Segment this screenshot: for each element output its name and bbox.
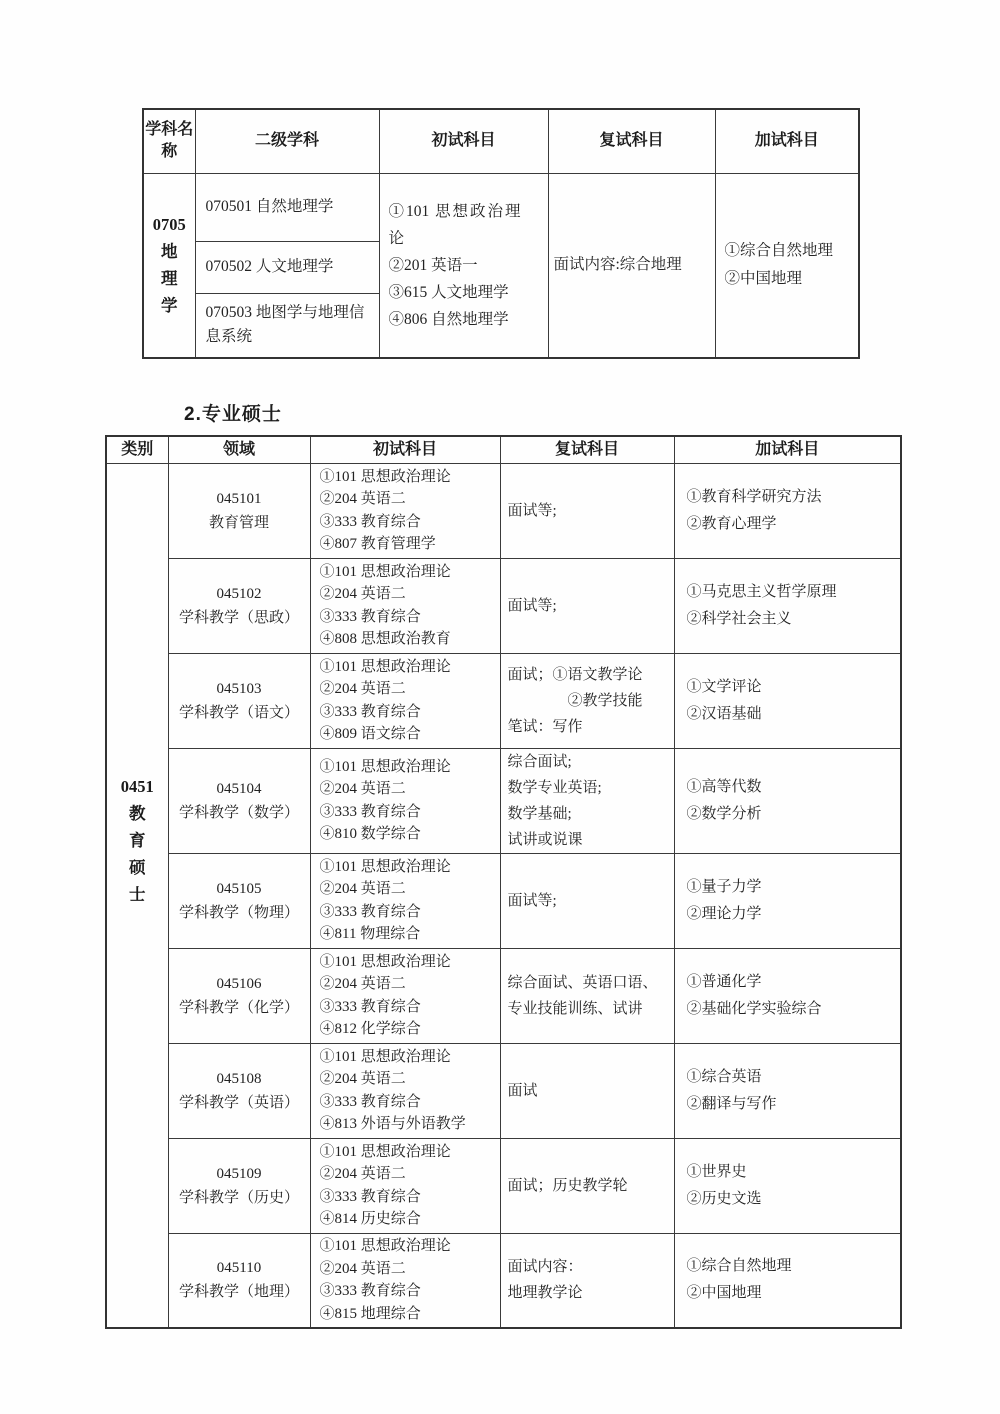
header-subject-name: 学科名称 [143, 109, 195, 173]
retest-cell: 面试等; [500, 558, 674, 653]
field-cell: 045104学科教学（数学） [168, 748, 310, 853]
header-additional-exams: 加试科目 [674, 436, 901, 463]
category-0705-cell: 0705地理学 [143, 173, 195, 358]
additional-exams-cell: ①综合自然地理②中国地理 [715, 173, 859, 358]
table2-row-045110: 045110学科教学（地理） ①101 思想政治理论②204 英语二③333 教… [106, 1233, 901, 1328]
initial-exams-cell: ①101 思想政治理论②204 英语二③333 教育综合④811 物理综合 [310, 853, 500, 948]
additional-exams-cell: ①量子力学②理论力学 [674, 853, 901, 948]
field-cell: 045110学科教学（地理） [168, 1233, 310, 1328]
initial-exams-cell: ①101 思想政治理论②204 英语二③333 教育综合④809 语文综合 [310, 653, 500, 748]
header-initial-exams: 初试科目 [379, 109, 548, 173]
table2-row-045105: 045105学科教学（物理） ①101 思想政治理论②204 英语二③333 教… [106, 853, 901, 948]
retest-cell: 面试等; [500, 463, 674, 558]
field-cell: 045106学科教学（化学） [168, 948, 310, 1043]
initial-exams-cell: ①101 思想政治理论②204 英语二③333 教育综合④812 化学综合 [310, 948, 500, 1043]
sub-discipline-cell: 070503 地图学与地理信息系统 [195, 293, 379, 358]
sub-discipline-cell: 070501 自然地理学 [195, 173, 379, 241]
field-cell: 045103学科教学（语文） [168, 653, 310, 748]
retest-cell: 综合面试、英语口语、 专业技能训练、试讲 [500, 948, 674, 1043]
initial-exams-cell: ①101 思想政治理论②204 英语二③333 教育综合④808 思想政治教育 [310, 558, 500, 653]
header-retest-exams: 复试科目 [500, 436, 674, 463]
initial-exams-cell: ①101 思想政治理论②201 英语一③615 人文地理学④806 自然地理学 [379, 173, 548, 358]
field-cell: 045102学科教学（思政） [168, 558, 310, 653]
document-page: 学科名称 二级学科 初试科目 复试科目 加试科目 0705地理学 070501 … [0, 0, 1000, 1414]
table2-row-045103: 045103学科教学（语文） ①101 思想政治理论②204 英语二③333 教… [106, 653, 901, 748]
field-cell: 045108学科教学（英语） [168, 1043, 310, 1138]
additional-exams-cell: ①普通化学②基础化学实验综合 [674, 948, 901, 1043]
additional-exams-cell: ①高等代数②数学分析 [674, 748, 901, 853]
additional-exams-cell: ①世界史②历史文选 [674, 1138, 901, 1233]
retest-cell: 综合面试; 数学专业英语; 数学基础; 试讲或说课 [500, 748, 674, 853]
professional-master-table: 类别 领域 初试科目 复试科目 加试科目 0451教育硕士 045101教育管理… [105, 435, 902, 1329]
header-field: 领域 [168, 436, 310, 463]
retest-cell: 面试等; [500, 853, 674, 948]
additional-exams-cell: ①教育科学研究方法②教育心理学 [674, 463, 901, 558]
table1-row-070501: 0705地理学 070501 自然地理学 ①101 思想政治理论②201 英语一… [143, 173, 859, 241]
table2-header-row: 类别 领域 初试科目 复试科目 加试科目 [106, 436, 901, 463]
field-cell: 045101教育管理 [168, 463, 310, 558]
academic-master-table: 学科名称 二级学科 初试科目 复试科目 加试科目 0705地理学 070501 … [142, 108, 860, 359]
initial-exams-cell: ①101 思想政治理论②204 英语二③333 教育综合④813 外语与外语教学 [310, 1043, 500, 1138]
field-cell: 045109学科教学（历史） [168, 1138, 310, 1233]
initial-exams-cell: ①101 思想政治理论②204 英语二③333 教育综合④814 历史综合 [310, 1138, 500, 1233]
header-additional-exams: 加试科目 [715, 109, 859, 173]
table2-row-045106: 045106学科教学（化学） ①101 思想政治理论②204 英语二③333 教… [106, 948, 901, 1043]
table2-row-045101: 0451教育硕士 045101教育管理 ①101 思想政治理论②204 英语二③… [106, 463, 901, 558]
table2-row-045102: 045102学科教学（思政） ①101 思想政治理论②204 英语二③333 教… [106, 558, 901, 653]
header-retest-exams: 复试科目 [548, 109, 715, 173]
retest-cell: 面试内容:综合地理 [548, 173, 715, 358]
category-0451-cell: 0451教育硕士 [106, 463, 168, 1328]
field-cell: 045105学科教学（物理） [168, 853, 310, 948]
header-category: 类别 [106, 436, 168, 463]
table2-row-045108: 045108学科教学（英语） ①101 思想政治理论②204 英语二③333 教… [106, 1043, 901, 1138]
header-initial-exams: 初试科目 [310, 436, 500, 463]
sub-discipline-cell: 070502 人文地理学 [195, 241, 379, 293]
header-secondary-discipline: 二级学科 [195, 109, 379, 173]
additional-exams-cell: ①综合英语②翻译与写作 [674, 1043, 901, 1138]
retest-cell: 面试内容： 地理教学论 [500, 1233, 674, 1328]
initial-exams-cell: ①101 思想政治理论②204 英语二③333 教育综合④807 教育管理学 [310, 463, 500, 558]
table1-header-row: 学科名称 二级学科 初试科目 复试科目 加试科目 [143, 109, 859, 173]
retest-cell: 面试；①语文教学论 ②教学技能 笔试：写作 [500, 653, 674, 748]
section-title: 2.专业硕士 [184, 399, 282, 426]
table2-row-045109: 045109学科教学（历史） ①101 思想政治理论②204 英语二③333 教… [106, 1138, 901, 1233]
additional-exams-cell: ①综合自然地理②中国地理 [674, 1233, 901, 1328]
retest-cell: 面试；历史教学轮 [500, 1138, 674, 1233]
initial-exams-cell: ①101 思想政治理论②204 英语二③333 教育综合④815 地理综合 [310, 1233, 500, 1328]
initial-exams-cell: ①101 思想政治理论②204 英语二③333 教育综合④810 数学综合 [310, 748, 500, 853]
additional-exams-cell: ①马克思主义哲学原理②科学社会主义 [674, 558, 901, 653]
table2-row-045104: 045104学科教学（数学） ①101 思想政治理论②204 英语二③333 教… [106, 748, 901, 853]
retest-cell: 面试 [500, 1043, 674, 1138]
additional-exams-cell: ①文学评论②汉语基础 [674, 653, 901, 748]
